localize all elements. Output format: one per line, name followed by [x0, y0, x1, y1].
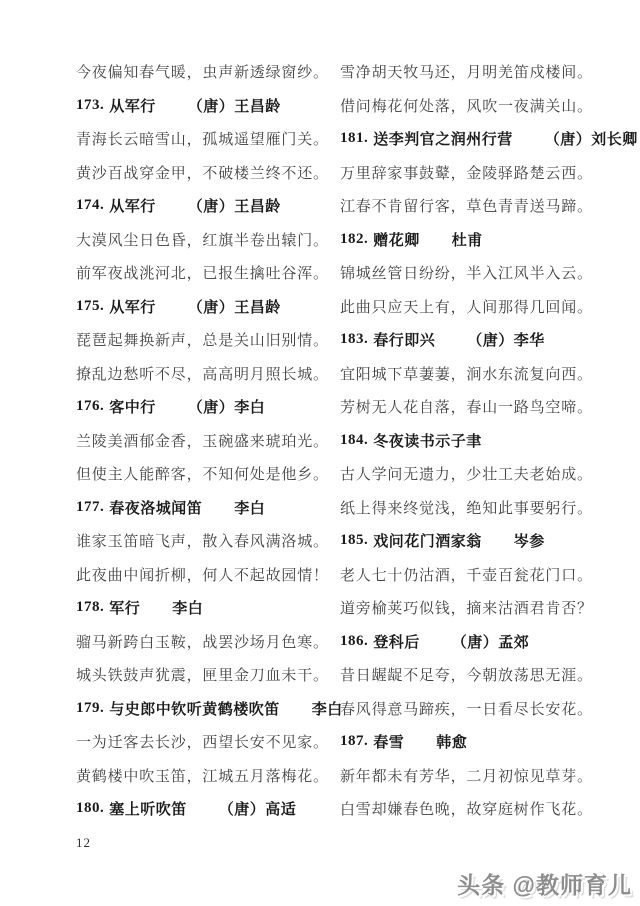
poem-title-line: 184. 冬夜读书示子聿: [340, 424, 586, 458]
verse-line: 兰陵美酒郁金香，玉碗盛来琥珀光。: [76, 424, 322, 458]
poem-title: 与史郎中钦听黄鹤楼吹笛: [109, 698, 280, 719]
poem-author: 李白: [172, 597, 203, 618]
poem-number: 175.: [76, 298, 104, 315]
poem-title-line: 182. 赠花卿 杜甫: [340, 223, 586, 257]
verse-line: 今夜偏知春气暖，虫声新透绿窗纱。: [76, 55, 322, 89]
right-column: 雪净胡天牧马还，月明羌笛戍楼间。借问梅花何处落，风吹一夜满关山。 181. 送李…: [340, 55, 586, 826]
poem-author: （唐）李华: [467, 329, 545, 350]
poem-author: 李白: [312, 698, 343, 719]
verse-line: 万里辞家事鼓鼙，金陵驿路楚云西。: [340, 156, 586, 190]
poem-title: 从军行: [109, 95, 156, 116]
poem-number: 173.: [76, 97, 104, 114]
poem-title-line: 175. 从军行 （唐）王昌龄: [76, 290, 322, 324]
left-column: 今夜偏知春气暖，虫声新透绿窗纱。 173. 从军行 （唐）王昌龄 青海长云暗雪山…: [76, 55, 322, 826]
poem-title: 塞上听吹笛: [109, 798, 187, 819]
poem-title: 从军行: [109, 296, 156, 317]
poem-number: 184.: [340, 432, 368, 449]
poem-author: （唐）刘长卿: [545, 128, 638, 149]
poem-title-line: 181. 送李判官之润州行营 （唐）刘长卿: [340, 122, 586, 156]
poem-title: 春雪: [373, 731, 404, 752]
poem-number: 183.: [340, 331, 368, 348]
poem-number: 186.: [340, 633, 368, 650]
document-page: 今夜偏知春气暖，虫声新透绿窗纱。 173. 从军行 （唐）王昌龄 青海长云暗雪山…: [0, 0, 640, 906]
poem-number: 185.: [340, 532, 368, 549]
verse-line: 白雪却嫌春色晚，故穿庭树作飞花。: [340, 792, 586, 826]
poem-title-line: 185. 戏问花门酒家翁 岑参: [340, 524, 586, 558]
poem-title-line: 178. 军行 李白: [76, 591, 322, 625]
verse-line: 骝马新跨白玉鞍，战罢沙场月色寒。: [76, 625, 322, 659]
poem-title-line: 179. 与史郎中钦听黄鹤楼吹笛 李白: [76, 692, 322, 726]
verse-line: 江春不肯留行客，草色青青送马蹄。: [340, 189, 586, 223]
verse-line: 老人七十仍沽酒，千壶百瓮花门口。: [340, 558, 586, 592]
poem-columns: 今夜偏知春气暖，虫声新透绿窗纱。 173. 从军行 （唐）王昌龄 青海长云暗雪山…: [76, 55, 586, 826]
verse-line: 城头铁鼓声犹震，匣里金刀血未干。: [76, 658, 322, 692]
watermark-text: 头条 @教师育儿: [457, 872, 632, 898]
verse-line: 黄沙百战穿金甲，不破楼兰终不还。: [76, 156, 322, 190]
poem-title-line: 183. 春行即兴 （唐）李华: [340, 323, 586, 357]
poem-title-line: 186. 登科后 （唐）孟郊: [340, 625, 586, 659]
poem-author: （唐）王昌龄: [188, 95, 281, 116]
poem-title: 春行即兴: [373, 329, 435, 350]
poem-title: 戏问花门酒家翁: [373, 530, 482, 551]
poem-author: （唐）李白: [188, 396, 266, 417]
verse-line: 一为迁客去长沙，西望长安不见家。: [76, 725, 322, 759]
poem-author: （唐）高适: [219, 798, 297, 819]
poem-title-line: 176. 客中行 （唐）李白: [76, 390, 322, 424]
poem-author: （唐）王昌龄: [188, 296, 281, 317]
poem-title-line: 173. 从军行 （唐）王昌龄: [76, 89, 322, 123]
verse-line: 琵琶起舞换新声，总是关山旧别情。: [76, 323, 322, 357]
poem-number: 174.: [76, 197, 104, 214]
verse-line: 纸上得来终觉浅，绝知此事要躬行。: [340, 491, 586, 525]
verse-line: 锦城丝管日纷纷，半入江风半入云。: [340, 256, 586, 290]
watermark: 头条 @教师育儿: [457, 867, 632, 900]
poem-author: 杜甫: [452, 229, 483, 250]
poem-title-line: 177. 春夜洛城闻笛 李白: [76, 491, 322, 525]
verse-line: 但使主人能醉客，不知何处是他乡。: [76, 457, 322, 491]
poem-title: 登科后: [373, 631, 420, 652]
poem-title: 送李判官之润州行营: [373, 128, 513, 149]
verse-line: 新年都未有芳华，二月初惊见草芽。: [340, 759, 586, 793]
poem-number: 187.: [340, 733, 368, 750]
poem-title-line: 187. 春雪 韩愈: [340, 725, 586, 759]
poem-author: 李白: [234, 497, 265, 518]
poem-number: 176.: [76, 398, 104, 415]
poem-author: （唐）王昌龄: [188, 195, 281, 216]
verse-line: 古人学问无遗力，少壮工夫老始成。: [340, 457, 586, 491]
verse-line: 黄鹤楼中吹玉笛，江城五月落梅花。: [76, 759, 322, 793]
poem-title: 赠花卿: [373, 229, 420, 250]
poem-number: 180.: [76, 800, 104, 817]
page-number: 12: [76, 835, 91, 851]
poem-number: 181.: [340, 130, 368, 147]
poem-title: 春夜洛城闻笛: [109, 497, 202, 518]
poem-author: 韩愈: [436, 731, 467, 752]
verse-line: 雪净胡天牧马还，月明羌笛戍楼间。: [340, 55, 586, 89]
verse-line: 前军夜战洮河北，已报生擒吐谷浑。: [76, 256, 322, 290]
poem-title-line: 180. 塞上听吹笛 （唐）高适: [76, 792, 322, 826]
poem-title: 从军行: [109, 195, 156, 216]
poem-author: （唐）孟郊: [452, 631, 530, 652]
verse-line: 借问梅花何处落，风吹一夜满关山。: [340, 89, 586, 123]
verse-line: 宜阳城下草萋萋，涧水东流复向西。: [340, 357, 586, 391]
verse-line: 谁家玉笛暗飞声，散入春风满洛城。: [76, 524, 322, 558]
poem-title: 军行: [109, 597, 140, 618]
poem-author: 岑参: [514, 530, 545, 551]
verse-line: 大漠风尘日色昏，红旗半卷出辕门。: [76, 223, 322, 257]
verse-line: 青海长云暗雪山，孤城遥望雁门关。: [76, 122, 322, 156]
poem-number: 177.: [76, 499, 104, 516]
poem-title: 客中行: [109, 396, 156, 417]
poem-number: 179.: [76, 700, 104, 717]
poem-number: 182.: [340, 231, 368, 248]
verse-line: 芳树无人花自落，春山一路鸟空啼。: [340, 390, 586, 424]
poem-title-line: 174. 从军行 （唐）王昌龄: [76, 189, 322, 223]
poem-title: 冬夜读书示子聿: [373, 430, 482, 451]
verse-line: 春风得意马蹄疾，一日看尽长安花。: [340, 692, 586, 726]
verse-line: 撩乱边愁听不尽，高高明月照长城。: [76, 357, 322, 391]
verse-line: 此曲只应天上有，人间那得几回闻。: [340, 290, 586, 324]
verse-line: 此夜曲中闻折柳，何人不起故园情！: [76, 558, 322, 592]
poem-number: 178.: [76, 599, 104, 616]
verse-line: 昔日龌龊不足夸，今朝放荡思无涯。: [340, 658, 586, 692]
verse-line: 道旁榆荚巧似钱，摘来沽酒君肯否？: [340, 591, 586, 625]
